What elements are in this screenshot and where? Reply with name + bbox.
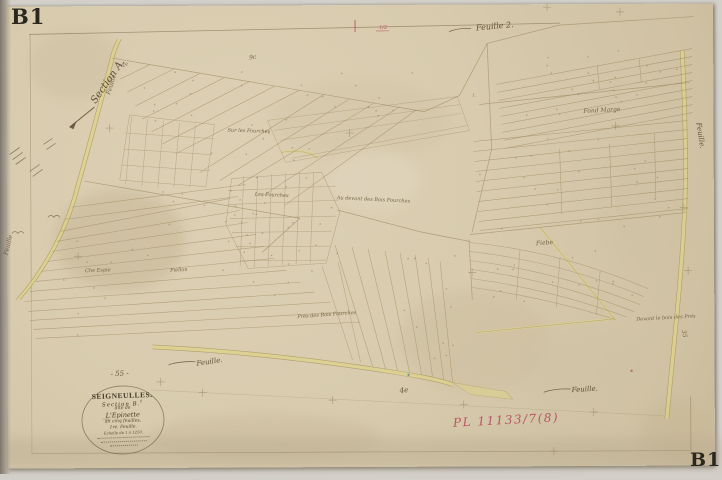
- map-label: Devant le bois des Prés: [636, 313, 696, 322]
- map-label: Fiebe: [536, 239, 554, 247]
- map-label: Feuille.: [695, 122, 707, 149]
- map-label: Che Espie: [85, 267, 111, 274]
- map-label: 35: [680, 329, 688, 338]
- map-label: Feuille 2.: [476, 20, 514, 32]
- map-label: Les Fourches: [255, 191, 289, 199]
- map-label: Au devant des Bois Fourches: [337, 195, 411, 205]
- map-label: Prés des Bois Fourches: [297, 310, 356, 320]
- cartouche: SEIGNEULLES. Section B.t dite de L'Epine…: [79, 382, 168, 459]
- map-label: 4e: [399, 386, 408, 395]
- map-label: 1.: [472, 92, 476, 97]
- map-label: Feuille.: [196, 356, 223, 368]
- map-label: 2e: [121, 61, 129, 69]
- cadastral-map-sheet: Section A.Feuille2e9cFeuille 2.Fond Marg…: [0, 0, 722, 480]
- map-label: Feuille.: [571, 385, 598, 394]
- cartouche-section-sup: t: [140, 398, 143, 403]
- map-label: Fiellon: [170, 267, 188, 274]
- map-label: Feuille: [3, 234, 15, 256]
- sheet-mark-bottom-right: B1: [690, 449, 721, 471]
- map-label: Fond Marge: [583, 106, 620, 115]
- map-label: - 55 -: [110, 369, 128, 378]
- map-label: 1/2: [379, 25, 387, 31]
- map-label: Sur les Fourches: [227, 128, 270, 135]
- map-label: 9c: [249, 54, 257, 62]
- sheet-mark-top-left: B1: [11, 4, 45, 29]
